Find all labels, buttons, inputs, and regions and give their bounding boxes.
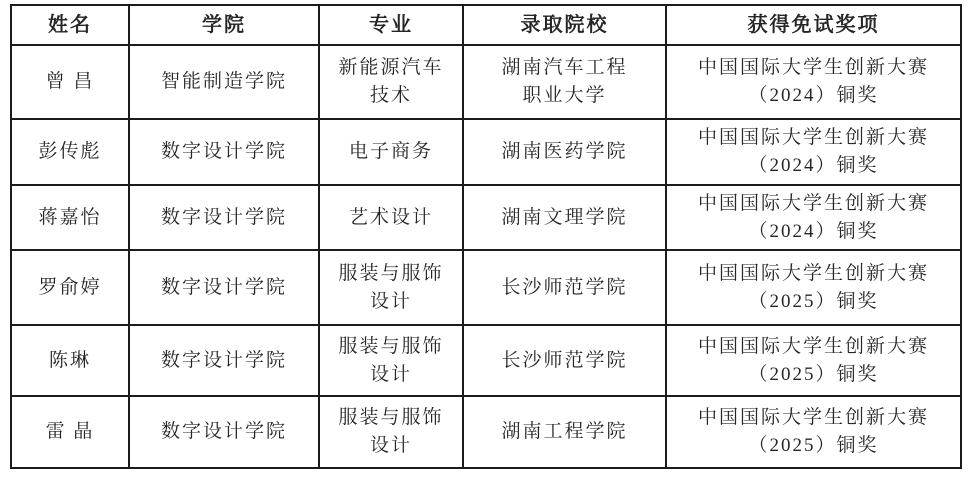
cell-award: 中国国际大学生创新大赛 （2025）铜奖 [666,250,961,325]
cell-school: 湖南汽车工程 职业大学 [463,45,666,119]
table-row: 蒋嘉怡 数字设计学院 艺术设计 湖南文理学院 中国国际大学生创新大赛 （2024… [11,185,961,250]
cell-name: 罗俞婷 [11,250,129,325]
cell-award: 中国国际大学生创新大赛 （2024）铜奖 [666,185,961,250]
column-header-school: 录取院校 [463,5,666,45]
cell-school: 湖南工程学院 [463,396,666,468]
cell-name: 彭传彪 [11,119,129,185]
column-header-award: 获得免试奖项 [666,5,961,45]
cell-major: 服装与服饰 设计 [319,396,463,468]
cell-award: 中国国际大学生创新大赛 （2024）铜奖 [666,45,961,119]
cell-major: 新能源汽车 技术 [319,45,463,119]
cell-college: 数字设计学院 [129,185,319,250]
cell-college: 数字设计学院 [129,396,319,468]
cell-name: 曾 昌 [11,45,129,119]
cell-name: 蒋嘉怡 [11,185,129,250]
cell-school: 长沙师范学院 [463,250,666,325]
header-row: 姓名 学院 专业 录取院校 获得免试奖项 [11,5,961,45]
cell-award: 中国国际大学生创新大赛 （2025）铜奖 [666,325,961,396]
cell-school: 湖南文理学院 [463,185,666,250]
cell-major: 服装与服饰 设计 [319,250,463,325]
table-row: 雷 晶 数字设计学院 服装与服饰 设计 湖南工程学院 中国国际大学生创新大赛 （… [11,396,961,468]
cell-award: 中国国际大学生创新大赛 （2025）铜奖 [666,396,961,468]
column-header-major: 专业 [319,5,463,45]
cell-school: 湖南医药学院 [463,119,666,185]
cell-school: 长沙师范学院 [463,325,666,396]
table-row: 彭传彪 数字设计学院 电子商务 湖南医药学院 中国国际大学生创新大赛 （2024… [11,119,961,185]
cell-college: 数字设计学院 [129,250,319,325]
cell-college: 智能制造学院 [129,45,319,119]
cell-college: 数字设计学院 [129,325,319,396]
cell-name: 陈琳 [11,325,129,396]
cell-major: 艺术设计 [319,185,463,250]
cell-major: 服装与服饰 设计 [319,325,463,396]
table-row: 陈琳 数字设计学院 服装与服饰 设计 长沙师范学院 中国国际大学生创新大赛 （2… [11,325,961,396]
table-row: 罗俞婷 数字设计学院 服装与服饰 设计 长沙师范学院 中国国际大学生创新大赛 （… [11,250,961,325]
column-header-college: 学院 [129,5,319,45]
document-page: 姓名 学院 专业 录取院校 获得免试奖项 曾 昌 智能制造学院 新能源汽车 技术… [0,0,968,487]
admission-award-table: 姓名 学院 专业 录取院校 获得免试奖项 曾 昌 智能制造学院 新能源汽车 技术… [10,4,962,469]
cell-award: 中国国际大学生创新大赛 （2024）铜奖 [666,119,961,185]
table-row: 曾 昌 智能制造学院 新能源汽车 技术 湖南汽车工程 职业大学 中国国际大学生创… [11,45,961,119]
cell-name: 雷 晶 [11,396,129,468]
cell-major: 电子商务 [319,119,463,185]
column-header-name: 姓名 [11,5,129,45]
cell-college: 数字设计学院 [129,119,319,185]
